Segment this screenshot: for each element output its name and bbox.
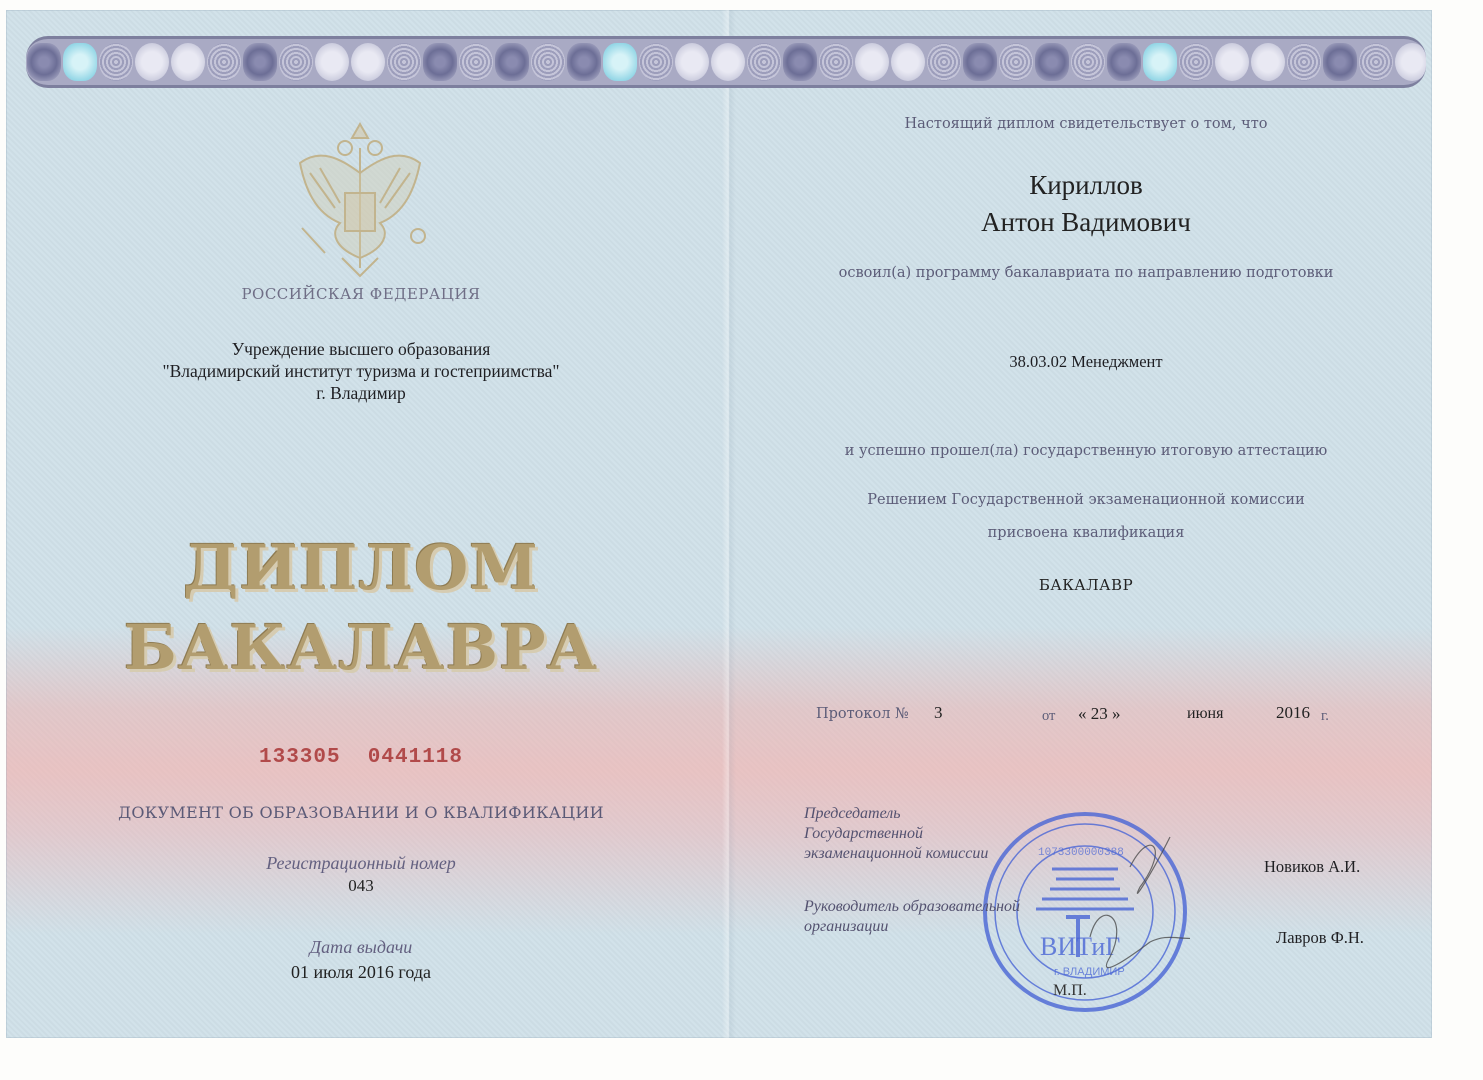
issue-date: 01 июля 2016 года — [0, 962, 722, 983]
chair-name: Новиков А.И. — [1264, 857, 1360, 877]
left-page: РОССИЙСКАЯ ФЕДЕРАЦИЯ Учреждение высшего … — [0, 0, 722, 1080]
protocol-line: Протокол № 3 от « 23 » июня 2016 г. — [816, 706, 1376, 732]
federation-label: РОССИЙСКАЯ ФЕДЕРАЦИЯ — [0, 285, 722, 303]
center-fold — [722, 10, 736, 1038]
protocol-from: от — [1042, 708, 1055, 725]
institution-line-3: г. Владимир — [0, 382, 722, 404]
protocol-month: июня — [1187, 705, 1223, 723]
protocol-label: Протокол № — [816, 706, 909, 722]
program-name: 38.03.02 Менеджмент — [736, 352, 1436, 372]
svg-text:г. ВЛАДИМИР: г. ВЛАДИМИР — [1054, 966, 1125, 978]
protocol-day: « 23 » — [1078, 704, 1121, 724]
assigned-text: присвоена квалификация — [736, 525, 1436, 541]
graduate-name: Кириллов Антон Вадимович — [736, 167, 1436, 241]
protocol-year: 2016 — [1276, 703, 1310, 723]
svg-text:ВИТиГ: ВИТиГ — [1040, 932, 1120, 961]
protocol-number: 3 — [934, 703, 943, 723]
issue-date-label: Дата выдачи — [0, 937, 722, 958]
series-number: 133305 0441118 — [0, 746, 722, 769]
protocol-year-suffix: г. — [1321, 708, 1329, 725]
registration-number: 043 — [0, 876, 722, 896]
head-name: Лавров Ф.Н. — [1276, 928, 1364, 948]
diploma-title: ДИПЛОМ БАКАЛАВРА — [0, 528, 722, 688]
decision-text: Решением Государственной экзаменационной… — [736, 492, 1436, 508]
mastered-text: освоил(а) программу бакалавриата по напр… — [736, 265, 1436, 281]
title-line-2: БАКАЛАВРА — [0, 608, 722, 688]
institution-name: Учреждение высшего образования "Владимир… — [0, 338, 722, 404]
right-page: Настоящий диплом свидетельствует о том, … — [736, 0, 1436, 1080]
surname: Кириллов — [736, 167, 1436, 204]
given-names: Антон Вадимович — [736, 204, 1436, 241]
registration-label: Регистрационный номер — [0, 853, 722, 874]
attestation-text: и успешно прошел(ла) государственную ито… — [736, 443, 1436, 459]
head-label: Руководитель образовательной организации — [804, 897, 1020, 937]
intro-text: Настоящий диплом свидетельствует о том, … — [736, 116, 1436, 132]
institution-line-1: Учреждение высшего образования — [0, 338, 722, 360]
svg-text:1073300000388: 1073300000388 — [1038, 847, 1124, 859]
title-line-1: ДИПЛОМ — [0, 528, 722, 608]
qualification: БАКАЛАВР — [736, 576, 1436, 594]
coat-of-arms-icon — [280, 118, 440, 283]
seal-place-label: М.П. — [1053, 982, 1087, 1000]
institution-line-2: "Владимирский институт туризма и гостепр… — [0, 360, 722, 382]
document-type: ДОКУМЕНТ ОБ ОБРАЗОВАНИИ И О КВАЛИФИКАЦИИ — [0, 803, 722, 822]
chair-label: Председатель Государственной экзаменацио… — [804, 804, 988, 864]
